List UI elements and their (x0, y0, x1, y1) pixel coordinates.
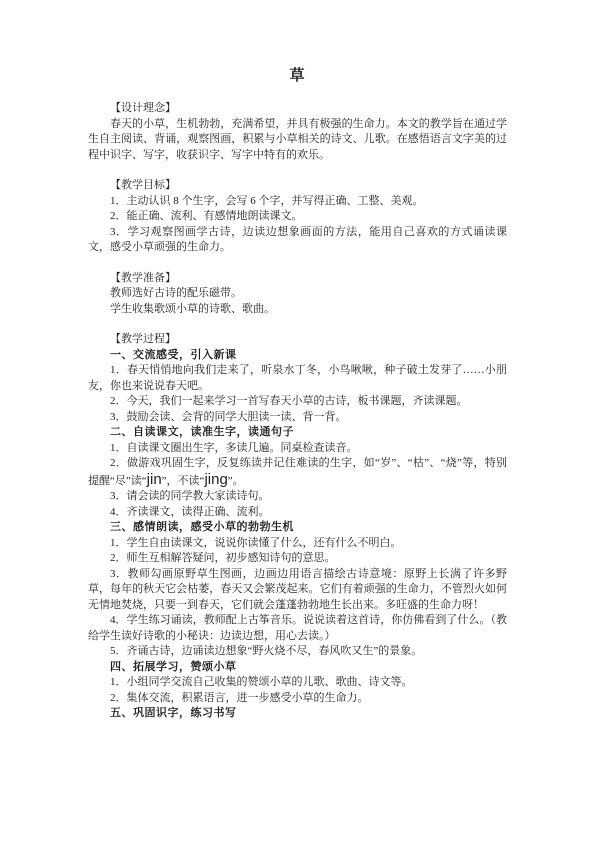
subsection-heading: 一、交流感受，引入新课 (88, 348, 507, 364)
subsection-heading: 二、自读课文，读准生字，读通句子 (88, 425, 507, 441)
subsection-heading: 五、巩固识字，练习书写 (88, 706, 507, 722)
paragraph: 3．请会读的同学教大家读诗句。 (88, 489, 507, 505)
paragraph: 2．做游戏巩固生字，反复练读并记住难读的生字，如“岁”、“枯”、“烧”等，特别提… (88, 456, 507, 489)
section-heading: 【教学过程】 (88, 332, 507, 348)
subsection-heading: 三、感情朗读，感受小草的勃勃生机 (88, 520, 507, 536)
subsection-heading: 四、拓展学习，赞颂小草 (88, 660, 507, 676)
paragraph: 1．学生自由读课文，说说你读懂了什么，还有什么不明白。 (88, 536, 507, 552)
paragraph: 2．能正确、流利、有感情地朗读课文。 (88, 209, 507, 225)
paragraph: 4．学生练习诵读，教师配上古筝音乐。说说读着这首诗，你仿佛看到了什么。（教给学生… (88, 613, 507, 644)
paragraph: 1．自读课文圈出生字，多读几遍。同桌检查读音。 (88, 441, 507, 457)
paragraph: 2．师生互相解答疑问，初步感知诗句的意思。 (88, 551, 507, 567)
paragraph: 春天的小草，生机勃勃，充满希望，并具有极强的生命力。本文的教学旨在通过学生自主阅… (88, 117, 507, 164)
document-page: 草 【设计理念】春天的小草，生机勃勃，充满希望，并具有极强的生命力。本文的教学旨… (0, 0, 595, 841)
paragraph: 3．鼓励会读、会背的同学大胆读一读、背一背。 (88, 410, 507, 426)
section-heading: 【设计理念】 (88, 101, 507, 117)
paragraph: 1．小组同学交流自己收集的赞颂小草的儿歌、歌曲、诗文等。 (88, 675, 507, 691)
paragraph: 4．齐读课文，读得正确、流利。 (88, 505, 507, 521)
paragraph: 2．今天，我们一起来学习一首写春天小草的古诗，板书课题，齐读课题。 (88, 394, 507, 410)
paragraph: 3．教师勾画原野草生图画，边画边用语言描绘古诗意境：原野上长满了许多野草，每年的… (88, 567, 507, 614)
paragraph: 1．春天悄悄地向我们走来了，听泉水丁冬，小鸟啾啾，种子破土发芽了……小朋友，你也… (88, 363, 507, 394)
paragraph: 学生收集歌颂小草的诗歌、歌曲。 (88, 302, 507, 318)
section-heading: 【教学目标】 (88, 178, 507, 194)
paragraph: 1．主动认识 8 个生字，会写 6 个字，并写得正确、工整、美观。 (88, 194, 507, 210)
pinyin-text: jing (204, 471, 227, 488)
paragraph: 教师选好古诗的配乐磁带。 (88, 286, 507, 302)
pinyin-text: jin (147, 471, 162, 488)
paragraph: 5．齐诵古诗，边诵读边想象“野火烧不尽，春风吹又生”的景象。 (88, 644, 507, 660)
document-title: 草 (88, 66, 507, 86)
document-body: 【设计理念】春天的小草，生机勃勃，充满希望，并具有极强的生命力。本文的教学旨在通… (88, 101, 507, 722)
paragraph: 3．学习观察图画学古诗，边读边想象画面的方法，能用自己喜欢的方式诵读课文，感受小… (88, 225, 507, 256)
section-heading: 【教学准备】 (88, 271, 507, 287)
paragraph: 2．集体交流，积累语言，进一步感受小草的生命力。 (88, 691, 507, 707)
